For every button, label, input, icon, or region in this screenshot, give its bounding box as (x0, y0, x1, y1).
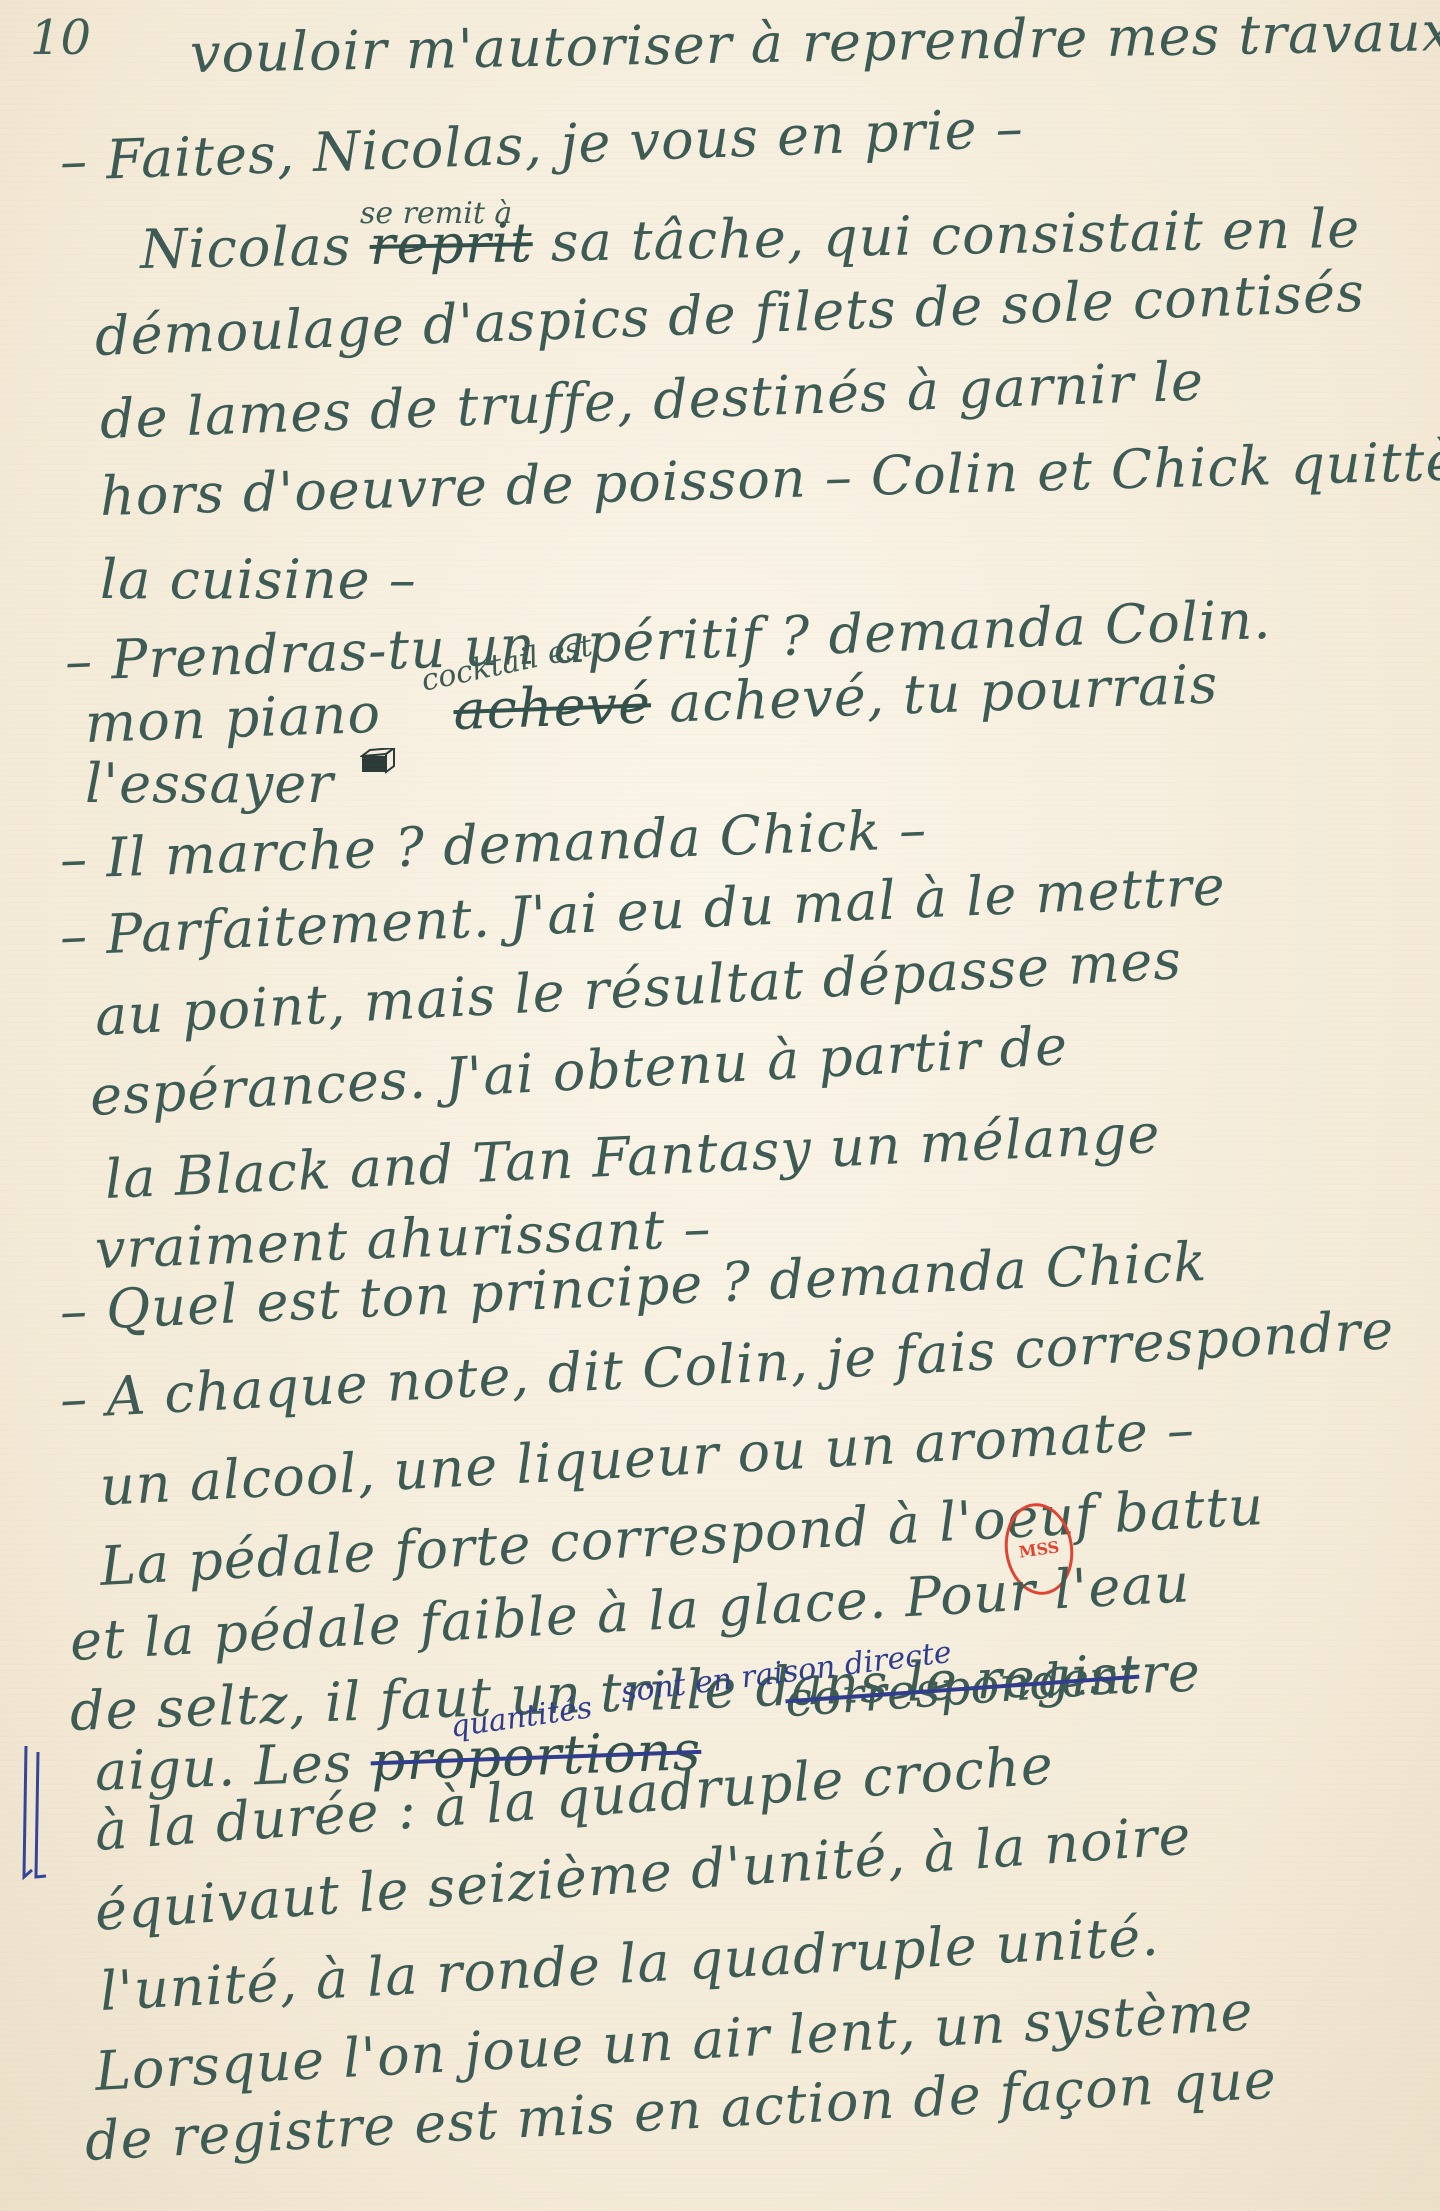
line-5: de lames de truffe, destinés à garnir le (99, 349, 1205, 451)
margin-double-line-mark (18, 1742, 48, 1882)
deleted-word: reprit (369, 211, 533, 277)
manuscript-page: 10 vouloir m'autoriser à reprendre mes t… (0, 0, 1440, 2211)
line-1: vouloir m'autoriser à reprendre mes trav… (189, 0, 1440, 85)
pianocktail-sketch-icon (360, 748, 396, 774)
deleted-word: achevé (452, 672, 652, 742)
line-10: l'essayer (85, 752, 334, 815)
line-7: la cuisine – (100, 548, 417, 611)
line-2: – Faites, Nicolas, je vous en prie – (59, 96, 1025, 193)
page-number: 10 (30, 10, 91, 66)
